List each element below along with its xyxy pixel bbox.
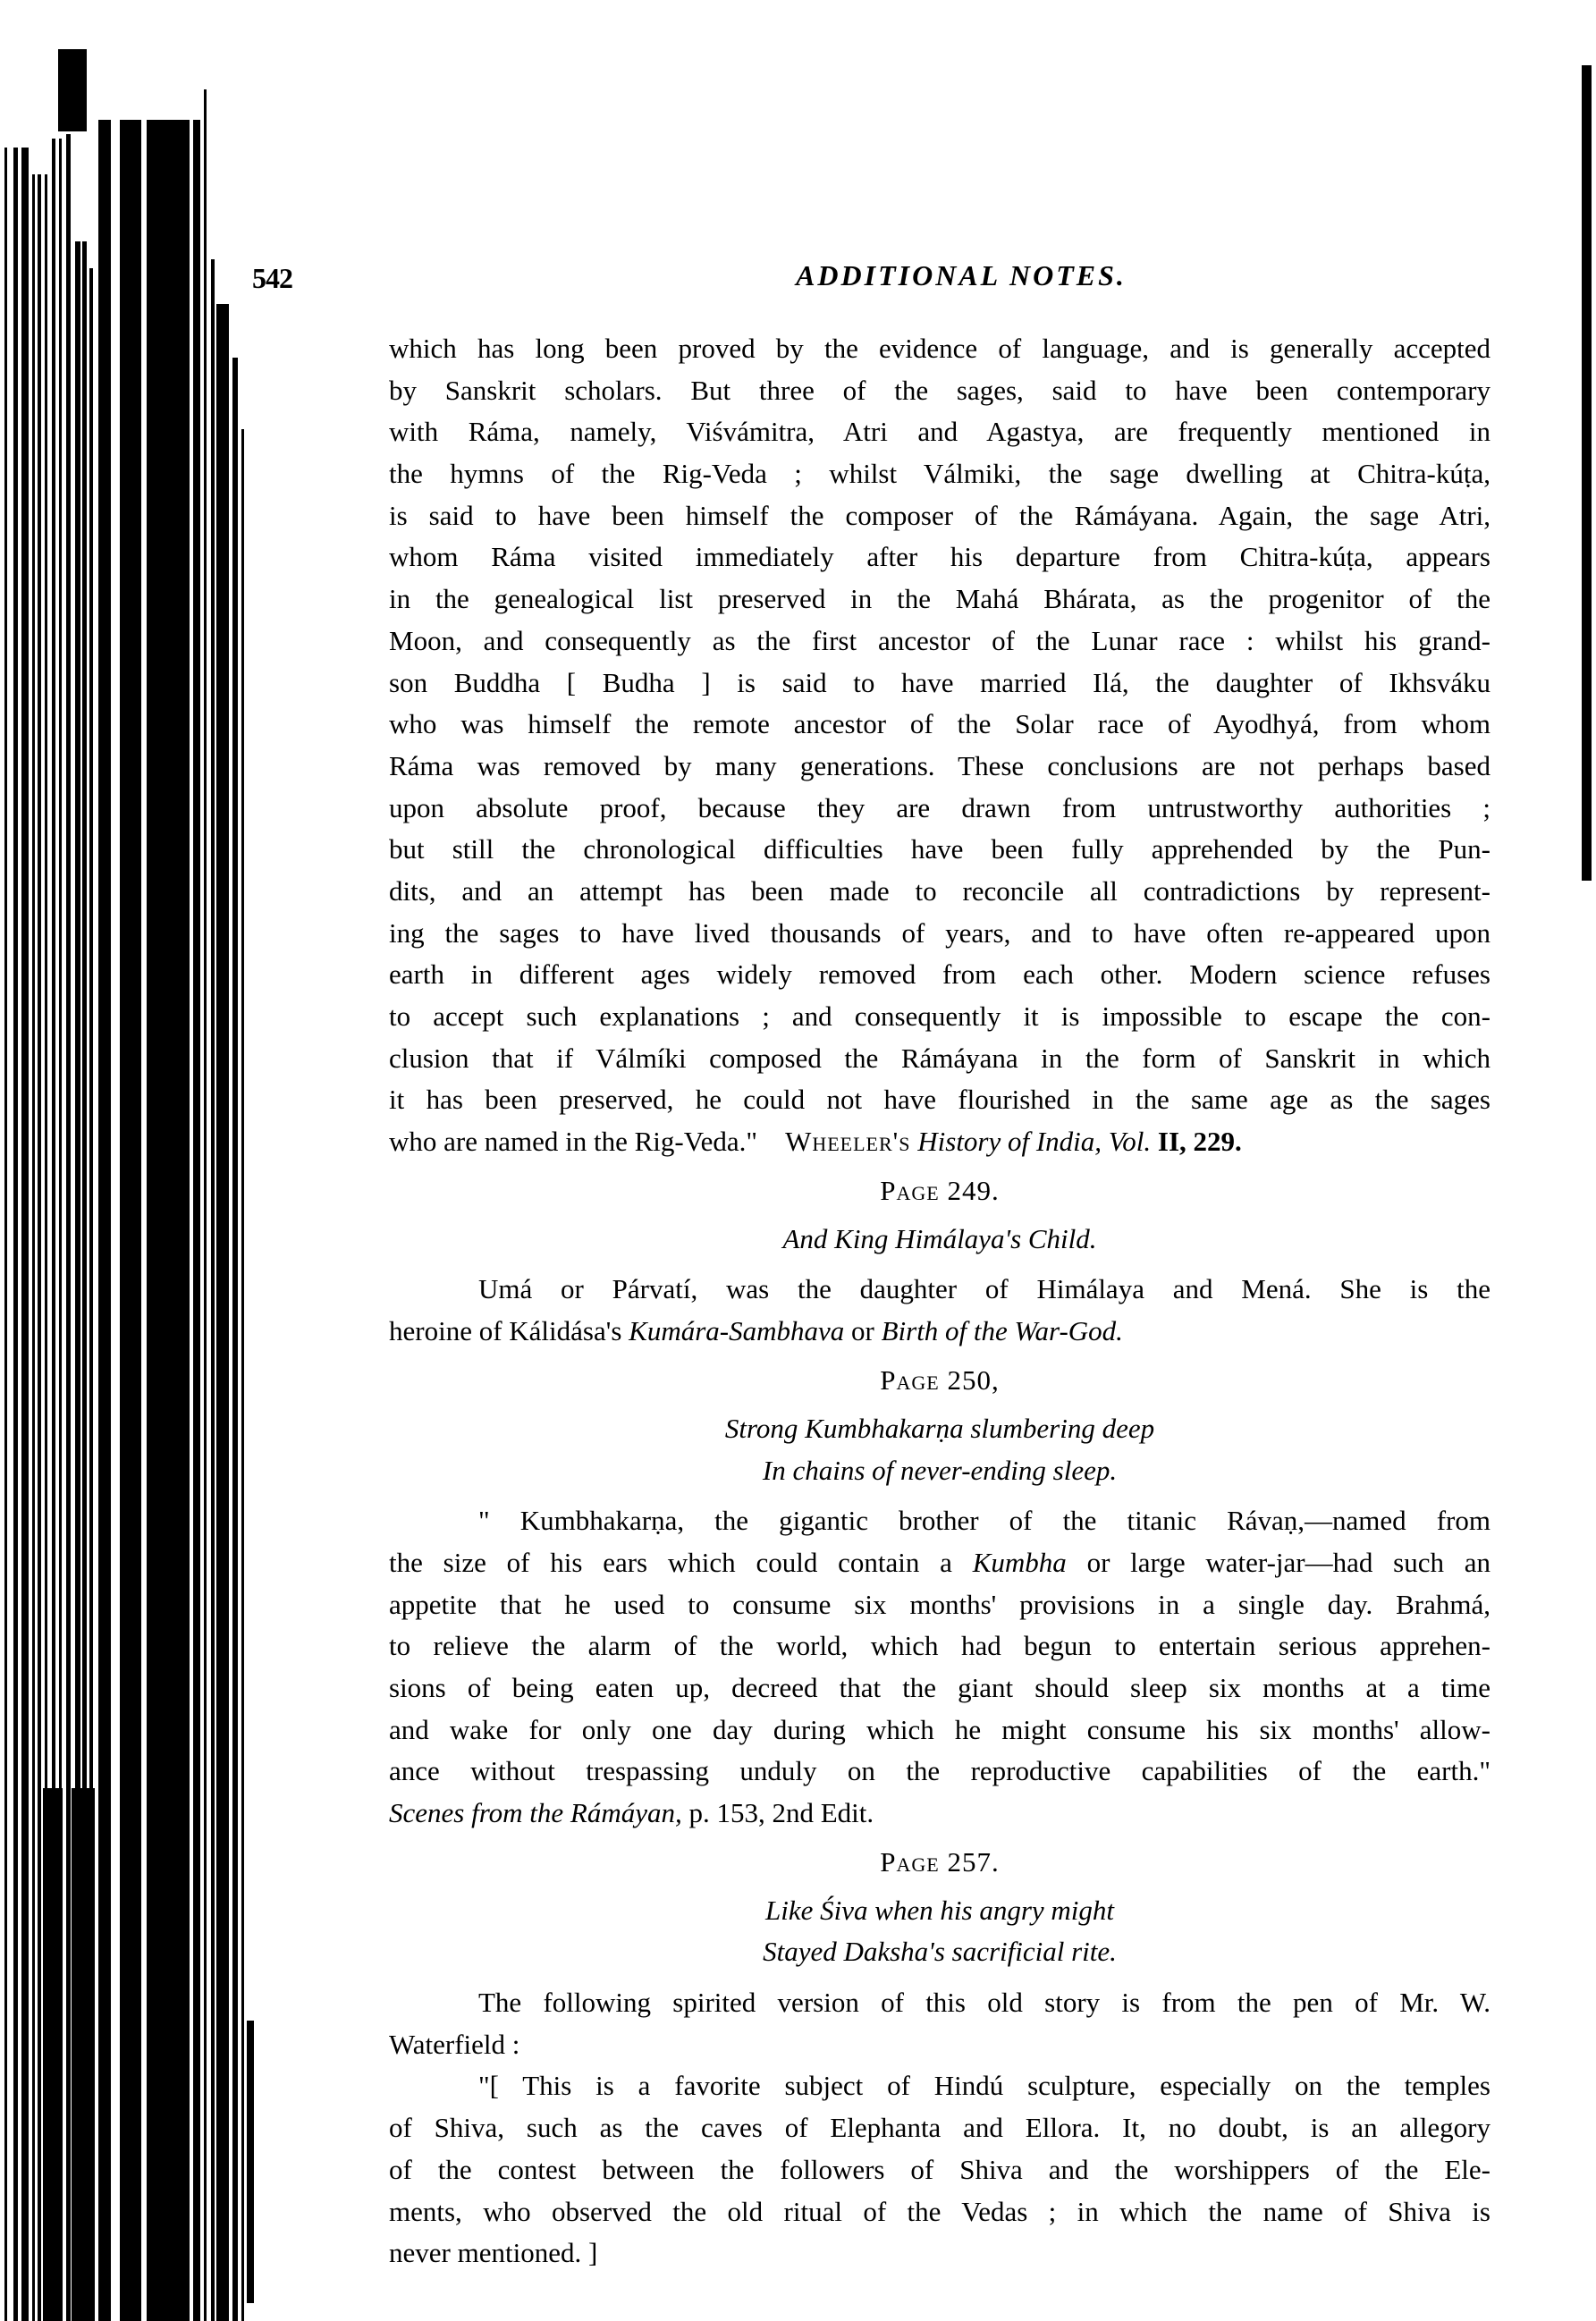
citation-ref: II, 229. [1158, 1126, 1242, 1157]
verse-line: In chains of never-ending sleep. [389, 1450, 1490, 1492]
running-head: ADDITIONAL NOTES. [0, 259, 1596, 292]
text-line: dits, and an attempt has been made to re… [389, 871, 1490, 913]
page-edge-shadow [1582, 65, 1592, 881]
text-line: by Sanskrit scholars. But three of the s… [389, 370, 1490, 412]
text-line: of the contest between the followers of … [389, 2149, 1490, 2191]
citation-line: who are named in the Rig-Veda." Wheeler'… [389, 1121, 1490, 1163]
text-line: Waterfield : [389, 2024, 1490, 2066]
text-line: appetite that he used to consume six mon… [389, 1584, 1490, 1626]
citation-ref: p. 153, 2nd Edit. [688, 1797, 874, 1828]
book-binding-edge [0, 0, 268, 2321]
text-line: clusion that if Válmíki composed the Rám… [389, 1038, 1490, 1080]
work-title: Birth of the War-God. [882, 1315, 1123, 1346]
text-line: which has long been proved by the eviden… [389, 328, 1490, 370]
text-line: ing the sages to have lived thousands of… [389, 913, 1490, 955]
text-line: sions of being eaten up, decreed that th… [389, 1667, 1490, 1709]
text-line: The following spirited version of this o… [389, 1982, 1490, 2024]
text-line: the size of his ears which could contain… [389, 1542, 1490, 1584]
text-line: but still the chronological difficulties… [389, 829, 1490, 871]
text-line: who was himself the remote ancestor of t… [389, 704, 1490, 746]
text-line: Umá or Párvatí, was the daughter of Himá… [389, 1269, 1490, 1311]
section-heading: Page 250, [389, 1353, 1490, 1408]
text-line: Moon, and consequently as the first ance… [389, 620, 1490, 663]
text-line: ments, who observed the old ritual of th… [389, 2191, 1490, 2233]
page-body: which has long been proved by the eviden… [389, 328, 1490, 2275]
text-line: son Buddha [ Budha ] is said to have mar… [389, 663, 1490, 705]
text-line: the hymns of the Rig-Veda ; whilst Válmi… [389, 453, 1490, 495]
text-line: " Kumbhakarṇa, the gigantic brother of t… [389, 1500, 1490, 1542]
book-page: 542 ADDITIONAL NOTES. which has long bee… [0, 0, 1596, 2321]
citation-title: Scenes from the Rámáyan, [389, 1797, 682, 1828]
text-line: "[ This is a favorite subject of Hindú s… [389, 2065, 1490, 2107]
text-line: whom Ráma visited immediately after his … [389, 536, 1490, 578]
citation-title: History of India, Vol. [917, 1126, 1151, 1157]
work-title: Kumára-Sambhava [629, 1315, 844, 1346]
text-line: to accept such explanations ; and conseq… [389, 996, 1490, 1038]
text-line: and wake for only one day during which h… [389, 1709, 1490, 1751]
text-line: to relieve the alarm of the world, which… [389, 1625, 1490, 1667]
text-line: with Ráma, namely, Viśvámitra, Atri and … [389, 411, 1490, 453]
text-line: never mentioned. ] [389, 2232, 1490, 2275]
text-line: in the genealogical list preserved in th… [389, 578, 1490, 620]
verse-line: Strong Kumbhakarṇa slumbering deep [389, 1408, 1490, 1450]
text-line: upon absolute proof, because they are dr… [389, 788, 1490, 830]
text-line: is said to have been himself the compose… [389, 495, 1490, 537]
text-line: Ráma was removed by many generations. Th… [389, 746, 1490, 788]
text-line: it has been preserved, he could not have… [389, 1079, 1490, 1121]
verse-line: Like Śiva when his angry might [389, 1890, 1490, 1932]
citation-author: Wheeler's [785, 1126, 910, 1157]
section-heading: Page 249. [389, 1163, 1490, 1219]
text-line: of Shiva, such as the caves of Elephanta… [389, 2107, 1490, 2149]
section-heading: Page 257. [389, 1835, 1490, 1890]
text-line: heroine of Kálidása's Kumára-Sambhava or… [389, 1311, 1490, 1353]
citation-line: Scenes from the Rámáyan, p. 153, 2nd Edi… [389, 1793, 1490, 1835]
verse-line: And King Himálaya's Child. [389, 1219, 1490, 1261]
text-line: ance without trespassing unduly on the r… [389, 1751, 1490, 1793]
text-line: earth in different ages widely removed f… [389, 954, 1490, 996]
verse-line: Stayed Daksha's sacrificial rite. [389, 1931, 1490, 1973]
